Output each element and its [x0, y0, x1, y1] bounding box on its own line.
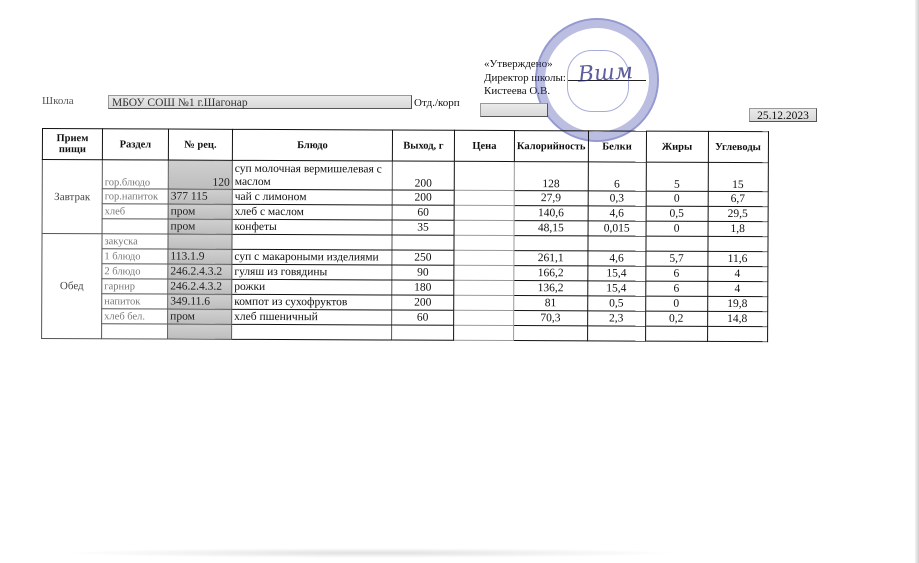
dish-cell: чай с лимоном — [232, 189, 392, 205]
section-cell: напиток — [102, 294, 168, 309]
meal-name-cell: Обед — [42, 234, 102, 339]
price-cell — [454, 220, 514, 235]
section-cell: хлеб — [102, 204, 168, 219]
handwritten-signature-icon: Вшм — [577, 57, 659, 93]
calories-cell — [514, 236, 588, 251]
school-field: МБОУ СОШ №1 г.Шагонар — [108, 95, 412, 109]
dish-cell — [232, 324, 392, 340]
output-cell — [392, 325, 454, 340]
proteins-cell: 2,3 — [587, 311, 645, 326]
fats-cell — [645, 326, 707, 341]
output-cell: 200 — [392, 161, 454, 190]
recipe-cell: пром — [168, 309, 232, 324]
fats-cell: 6 — [645, 266, 707, 281]
fats-cell: 0,5 — [646, 206, 708, 221]
calories-cell: 70,3 — [514, 311, 588, 326]
date-field: 25.12.2023 — [749, 108, 817, 122]
calories-cell: 166,2 — [514, 266, 588, 281]
section-cell: гарнир — [102, 279, 168, 294]
dish-cell: суп с макароными изделиями — [232, 249, 392, 265]
dept-label: Отд./корп — [414, 97, 460, 109]
output-cell: 60 — [392, 205, 454, 220]
col-price: Цена — [454, 130, 514, 161]
table-row: Завтракгор.блюдо120суп молочная вермишел… — [42, 160, 768, 192]
recipe-cell: 246.2.4.3.2 — [168, 279, 232, 294]
col-fats: Жиры — [646, 131, 708, 162]
fats-cell: 0 — [645, 296, 707, 311]
col-recipe: № рец. — [168, 129, 232, 160]
fats-cell — [646, 236, 708, 251]
price-cell — [454, 190, 514, 205]
proteins-cell: 0,3 — [588, 191, 646, 206]
recipe-cell: пром — [168, 204, 232, 219]
calories-cell: 140,6 — [514, 206, 588, 221]
output-cell: 200 — [392, 295, 454, 310]
output-cell: 200 — [392, 190, 454, 205]
section-cell: гор.блюдо — [102, 160, 168, 189]
section-cell: закуска — [102, 234, 168, 249]
price-cell — [454, 325, 514, 340]
calories-cell: 261,1 — [514, 251, 588, 266]
price-cell — [454, 205, 514, 220]
fats-cell: 5 — [646, 162, 708, 191]
col-output: Выход, г — [392, 130, 454, 161]
recipe-cell: 120 — [168, 160, 232, 189]
dish-cell: хлеб пшеничный — [232, 309, 392, 325]
price-cell — [454, 161, 514, 190]
section-cell: 1 блюдо — [102, 249, 168, 264]
dish-cell: суп молочная вермишелевая с маслом — [232, 160, 392, 190]
recipe-cell — [168, 234, 232, 249]
section-cell: хлеб бел. — [102, 309, 168, 324]
output-cell: 90 — [392, 265, 454, 280]
output-cell: 180 — [392, 280, 454, 295]
col-section: Раздел — [102, 129, 168, 160]
recipe-cell: 349.11.6 — [168, 294, 232, 309]
recipe-cell: 377 115 — [168, 189, 232, 204]
dish-cell — [232, 234, 392, 250]
carbs-cell: 14,8 — [707, 311, 767, 326]
proteins-cell: 15,4 — [587, 281, 645, 296]
table-header-row: Прием пищи Раздел № рец. Блюдо Выход, г … — [42, 129, 768, 163]
calories-cell: 48,15 — [514, 221, 588, 236]
table-row — [42, 324, 768, 342]
calories-cell: 27,9 — [514, 191, 588, 206]
carbs-cell: 4 — [707, 281, 767, 296]
scan-page-edge — [915, 0, 919, 563]
carbs-cell: 11,6 — [707, 251, 767, 266]
proteins-cell — [588, 236, 646, 251]
col-dish: Блюдо — [232, 129, 392, 161]
carbs-cell: 19,8 — [707, 296, 767, 311]
proteins-cell: 6 — [588, 162, 646, 191]
carbs-cell: 29,5 — [708, 206, 768, 221]
dish-cell: рожки — [232, 279, 392, 295]
col-proteins: Белки — [588, 131, 646, 162]
recipe-cell: пром — [168, 219, 232, 234]
fats-cell: 6 — [645, 281, 707, 296]
section-cell — [102, 324, 168, 339]
recipe-cell: 246.2.4.3.2 — [168, 264, 232, 279]
col-calories: Калорийность — [514, 131, 588, 162]
fats-cell: 0 — [646, 191, 708, 206]
carbs-cell: 1,8 — [708, 221, 768, 236]
price-cell — [454, 310, 514, 325]
carbs-cell: 6,7 — [708, 191, 768, 206]
proteins-cell — [587, 326, 645, 341]
calories-cell: 81 — [514, 296, 588, 311]
output-cell: 60 — [392, 310, 454, 325]
scan-shadow — [60, 548, 680, 558]
section-cell — [102, 219, 168, 234]
fats-cell: 5,7 — [645, 251, 707, 266]
dept-field — [480, 103, 548, 117]
output-cell — [392, 235, 454, 250]
proteins-cell: 4,6 — [588, 206, 646, 221]
fats-cell: 0,2 — [645, 311, 707, 326]
school-label: Школа — [42, 95, 74, 107]
output-cell: 250 — [392, 250, 454, 265]
calories-cell: 128 — [514, 162, 588, 191]
menu-table: Прием пищи Раздел № рец. Блюдо Выход, г … — [41, 128, 768, 342]
section-cell: гор.напиток — [102, 189, 168, 204]
fats-cell: 0 — [646, 221, 708, 236]
proteins-cell: 15,4 — [587, 266, 645, 281]
proteins-cell: 0,015 — [588, 221, 646, 236]
menu-body: Завтракгор.блюдо120суп молочная вермишел… — [42, 160, 768, 342]
output-cell: 35 — [392, 220, 454, 235]
dish-cell: компот из сухофруктов — [232, 294, 392, 310]
proteins-cell: 4,6 — [587, 251, 645, 266]
calories-cell: 136,2 — [514, 281, 588, 296]
col-meal: Прием пищи — [42, 129, 102, 160]
dish-cell: гуляш из говядины — [232, 264, 392, 280]
price-cell — [454, 235, 514, 250]
meal-name-cell: Завтрак — [42, 160, 102, 234]
price-cell — [454, 295, 514, 310]
recipe-cell — [168, 324, 232, 339]
price-cell — [454, 280, 514, 295]
price-cell — [454, 250, 514, 265]
section-cell: 2 блюдо — [102, 264, 168, 279]
proteins-cell: 0,5 — [587, 296, 645, 311]
calories-cell — [514, 326, 588, 341]
recipe-cell: 113.1.9 — [168, 249, 232, 264]
carbs-cell: 4 — [707, 266, 767, 281]
carbs-cell: 15 — [708, 162, 768, 191]
dish-cell: конфеты — [232, 219, 392, 235]
col-carbs: Углеводы — [708, 131, 768, 162]
carbs-cell — [707, 326, 767, 341]
price-cell — [454, 265, 514, 280]
carbs-cell — [708, 236, 768, 251]
dish-cell: хлеб с маслом — [232, 204, 392, 220]
